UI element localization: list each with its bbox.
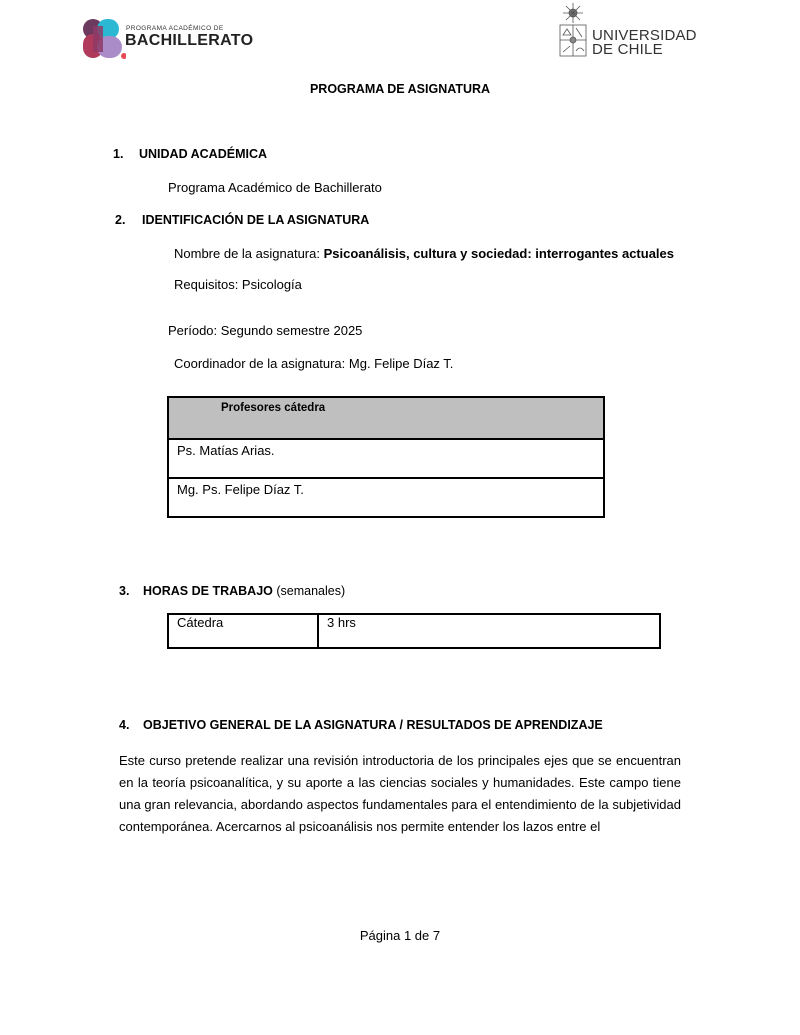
section-3-heading: 3.HORAS DE TRABAJO (semanales) [119, 584, 345, 598]
section-number: 2. [115, 213, 142, 227]
course-name-value: Psicoanálisis, cultura y sociedad: inter… [324, 246, 674, 261]
period: Período: Segundo semestre 2025 [168, 323, 362, 338]
logo-title: BACHILLERATO [125, 32, 253, 50]
section-number: 4. [119, 718, 143, 732]
table-row: Ps. Matías Arias. [168, 439, 604, 478]
table-row: Mg. Ps. Felipe Díaz T. [168, 478, 604, 517]
section-number: 3. [119, 584, 143, 598]
objective-paragraph: Este curso pretende realizar una revisió… [119, 750, 681, 838]
university-name: UNIVERSIDAD DE CHILE [592, 29, 697, 57]
section-title-suffix: (semanales) [273, 584, 345, 598]
logo-subtitle: PROGRAMA ACADÉMICO DE [126, 25, 224, 32]
coordinator: Coordinador de la asignatura: Mg. Felipe… [174, 356, 453, 371]
course-name-label: Nombre de la asignatura: [174, 246, 324, 261]
section-1-heading: 1.UNIDAD ACADÉMICA [113, 147, 267, 161]
section-2-heading: 2.IDENTIFICACIÓN DE LA ASIGNATURA [115, 213, 369, 227]
hours-table: Cátedra 3 hrs [167, 613, 661, 649]
page-number: Página 1 de 7 [0, 928, 800, 943]
professors-table: Profesores cátedra Ps. Matías Arias. Mg.… [167, 396, 605, 518]
professor-name: Ps. Matías Arias. [168, 439, 604, 478]
requirements: Requisitos: Psicología [174, 277, 302, 292]
professors-table-header: Profesores cátedra [168, 397, 604, 439]
universidad-de-chile-logo: UNIVERSIDAD DE CHILE [558, 2, 698, 60]
university-name-line2: DE CHILE [592, 43, 697, 57]
hours-label: Cátedra [168, 614, 318, 648]
section-title: UNIDAD ACADÉMICA [139, 147, 267, 161]
universidad-de-chile-crest-icon [558, 2, 588, 58]
hours-value: 3 hrs [318, 614, 660, 648]
section-4-heading: 4.OBJETIVO GENERAL DE LA ASIGNATURA / RE… [119, 718, 603, 732]
course-name: Nombre de la asignatura: Psicoanálisis, … [174, 246, 674, 261]
professor-name: Mg. Ps. Felipe Díaz T. [168, 478, 604, 517]
bachillerato-logo-icon [82, 18, 126, 60]
bachillerato-logo: PROGRAMA ACADÉMICO DE BACHILLERATO [82, 18, 252, 60]
academic-unit-value: Programa Académico de Bachillerato [168, 180, 382, 195]
section-title: IDENTIFICACIÓN DE LA ASIGNATURA [142, 213, 369, 227]
section-title: OBJETIVO GENERAL DE LA ASIGNATURA / RESU… [143, 718, 603, 732]
document-title: PROGRAMA DE ASIGNATURA [0, 82, 800, 96]
section-number: 1. [113, 147, 139, 161]
section-title: HORAS DE TRABAJO [143, 584, 273, 598]
table-row: Cátedra 3 hrs [168, 614, 660, 648]
